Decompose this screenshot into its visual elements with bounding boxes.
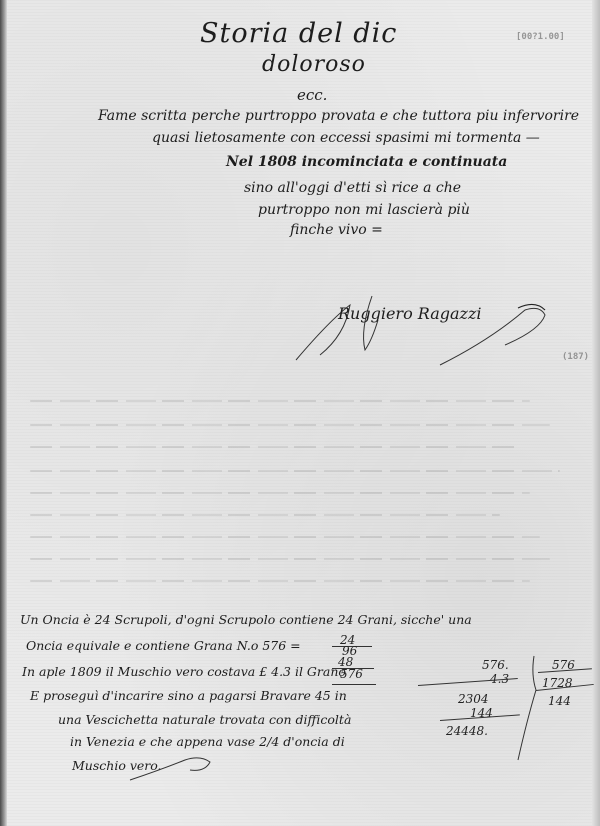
manuscript-page: [00?1.00] (187) Storia del dic doloroso … bbox=[0, 0, 600, 826]
margin-calc-divider bbox=[0, 0, 600, 826]
margin-calc-144-right: 144 bbox=[548, 694, 571, 708]
